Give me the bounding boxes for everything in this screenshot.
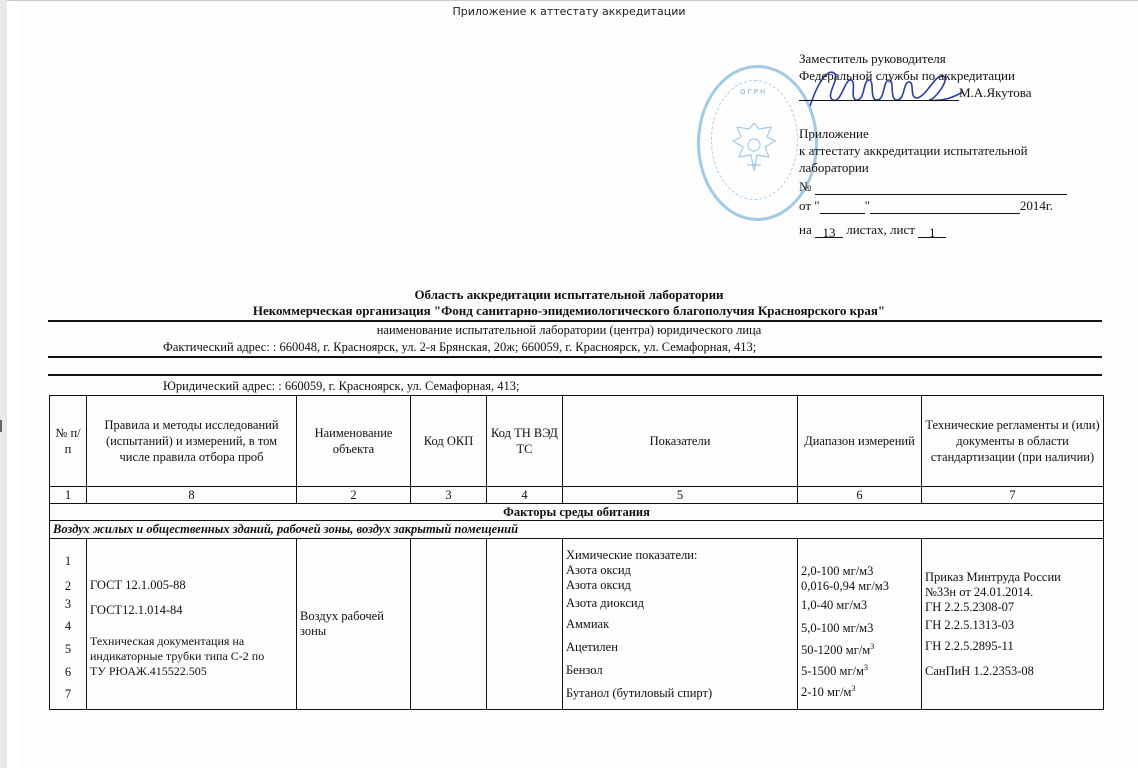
blank-line	[48, 374, 1102, 376]
superscript: 3	[864, 663, 868, 672]
colnum-cell: 6	[798, 487, 922, 504]
row-number: 1	[53, 554, 83, 569]
range-with-sup: 50-1200 мг/м3	[801, 642, 918, 658]
certificate-number-field	[815, 181, 1067, 195]
methods-cell: ГОСТ 12.1.005-88 ГОСТ12.1.014-84 Техниче…	[87, 539, 297, 710]
colnum-cell: 7	[922, 487, 1104, 504]
appendix-block: Приложение к аттестату аккредитации испы…	[799, 125, 1067, 238]
accreditation-scope-table: № п/п Правила и методы исследований (исп…	[49, 395, 1104, 710]
tnved-cell	[487, 539, 563, 710]
regulation: ГН 2.2.5.2895-11	[925, 639, 1100, 654]
range: 5-1500 мг/м	[801, 664, 864, 678]
table-row: 1 2 3 4 5 6 7 ГОСТ 12.1.005-88 ГОСТ12.1.…	[50, 539, 1104, 710]
okp-cell	[411, 539, 487, 710]
indicators-heading: Химические показатели:	[566, 548, 794, 563]
indicator: Бутанол (бутиловый спирт)	[566, 686, 794, 701]
regulation: ГН 2.2.5.2308-07	[925, 600, 1100, 615]
range-with-sup: 5-1500 мг/м3	[801, 663, 918, 679]
indicators-cell: Химические показатели: Азота оксид Азота…	[563, 539, 798, 710]
section-title: Факторы среды обитания	[50, 504, 1104, 521]
organization-caption: наименование испытательной лаборатории (…	[0, 323, 1138, 338]
regulations-cell: Приказ Минтруда России №33н от 24.01.201…	[922, 539, 1104, 710]
column-number-row: 1 8 2 3 4 5 6 7	[50, 487, 1104, 504]
appendix-date-row: от ""2014г.	[799, 197, 1067, 214]
row-number: 4	[53, 619, 83, 634]
header-number: № п/п	[50, 396, 87, 487]
regulation: ГН 2.2.5.1313-03	[925, 618, 1100, 633]
row-number: 2	[53, 579, 83, 594]
page-header: Приложение к аттестату аккредитации	[0, 5, 1138, 18]
pages-prefix: на	[799, 222, 812, 237]
row-number: 3	[53, 597, 83, 612]
row-number: 7	[53, 687, 83, 702]
header-object: Наименование объекта	[297, 396, 411, 487]
regulation: СанПиН 1.2.2353-08	[925, 664, 1100, 679]
object-line1: Воздух рабочей	[300, 609, 407, 624]
legal-address: Юридический адрес: : 660059, г. Краснояр…	[163, 379, 520, 394]
indicator: Азота оксид	[566, 578, 794, 593]
page-current: 1	[918, 224, 946, 238]
indicator: Азота оксид	[566, 563, 794, 578]
approval-signature-line: М.А.Якутова	[799, 84, 1032, 101]
header-indicators: Показатели	[563, 396, 798, 487]
row-number: 6	[53, 665, 83, 680]
range: 0,016-0,94 мг/м3	[801, 579, 918, 594]
colnum-cell: 4	[487, 487, 563, 504]
left-gutter	[0, 0, 7, 768]
document-title: Область аккредитации испытательной лабор…	[0, 287, 1138, 303]
indicator: Ацетилен	[566, 640, 794, 655]
month-field	[870, 200, 1020, 214]
regulation: №33н от 24.01.2014.	[925, 585, 1100, 600]
scan-mark	[0, 420, 2, 432]
stamp-ogrn-label: ОГРН	[740, 88, 767, 96]
organization-name: Некоммерческая организация "Фонд санитар…	[0, 303, 1138, 319]
date-prefix: от "	[799, 198, 820, 213]
range: 2-10 мг/м	[801, 685, 851, 699]
range-with-sup: 2-10 мг/м3	[801, 684, 918, 700]
method-techdoc-line1: Техническая документация на	[90, 634, 293, 649]
header-regulations: Технические регламенты и (или) документы…	[922, 396, 1104, 487]
method-techdoc-line3: ТУ РЮАЖ.415522.505	[90, 664, 293, 679]
range: 50-1200 мг/м	[801, 643, 870, 657]
subsection-title: Воздух жилых и общественных зданий, рабо…	[50, 521, 1104, 539]
appendix-pages-row: на 13 листах, лист 1	[799, 221, 1067, 238]
method-gost-1: ГОСТ 12.1.005-88	[90, 578, 293, 593]
header-range: Диапазон измерений	[798, 396, 922, 487]
appendix-title: Приложение	[799, 125, 1067, 142]
left-margin	[7, 1, 20, 768]
object-line2: зоны	[300, 624, 407, 639]
range: 2,0-100 мг/м3	[801, 564, 918, 579]
object-cell: Воздух рабочей зоны	[297, 539, 411, 710]
header-tnved: Код ТН ВЭД ТС	[487, 396, 563, 487]
subsection-row: Воздух жилых и общественных зданий, рабо…	[50, 521, 1104, 539]
colnum-cell: 8	[87, 487, 297, 504]
signer-name: М.А.Якутова	[959, 85, 1032, 100]
section-row: Факторы среды обитания	[50, 504, 1104, 521]
organization-underline	[48, 320, 1102, 322]
appendix-number-row: №	[799, 178, 1067, 195]
range: 1,0-40 мг/м3	[801, 598, 918, 613]
superscript: 3	[851, 684, 855, 693]
appendix-subtitle-2: лаборатории	[799, 159, 1067, 176]
approval-block: Заместитель руководителя Федеральной слу…	[799, 50, 1032, 101]
colnum-cell: 1	[50, 487, 87, 504]
colnum-cell: 2	[297, 487, 411, 504]
eagle-emblem-icon	[727, 115, 782, 180]
actual-address: Фактический адрес: : 660048, г. Краснояр…	[163, 340, 756, 355]
range: 5,0-100 мг/м3	[801, 621, 918, 636]
table-header-row: № п/п Правила и методы исследований (исп…	[50, 396, 1104, 487]
approval-position: Заместитель руководителя	[799, 50, 1032, 67]
indicator: Аммиак	[566, 617, 794, 632]
approval-agency: Федеральной службы по аккредитации	[799, 67, 1032, 84]
method-techdoc-line2: индикаторные трубки типа С-2 по	[90, 649, 293, 664]
regulation: Приказ Минтруда России	[925, 570, 1100, 585]
pages-total: 13	[815, 224, 843, 238]
colnum-cell: 3	[411, 487, 487, 504]
number-label: №	[799, 179, 811, 194]
indicator: Бензол	[566, 663, 794, 678]
day-field	[820, 200, 865, 214]
header-okp: Код ОКП	[411, 396, 487, 487]
year: 2014г.	[1020, 198, 1053, 213]
row-number: 5	[53, 642, 83, 657]
pages-mid: листах, лист	[846, 222, 915, 237]
method-gost-2: ГОСТ12.1.014-84	[90, 603, 293, 618]
row-numbers-cell: 1 2 3 4 5 6 7	[50, 539, 87, 710]
top-border	[0, 0, 1138, 1]
range-cell: 2,0-100 мг/м3 0,016-0,94 мг/м3 1,0-40 мг…	[798, 539, 922, 710]
appendix-subtitle: к аттестату аккредитации испытательной	[799, 142, 1067, 159]
colnum-cell: 5	[563, 487, 798, 504]
header-methods: Правила и методы исследований (испытаний…	[87, 396, 297, 487]
actual-address-underline	[48, 356, 1102, 358]
superscript: 3	[870, 642, 874, 651]
indicator: Азота диоксид	[566, 596, 794, 611]
signature-field	[799, 87, 959, 101]
